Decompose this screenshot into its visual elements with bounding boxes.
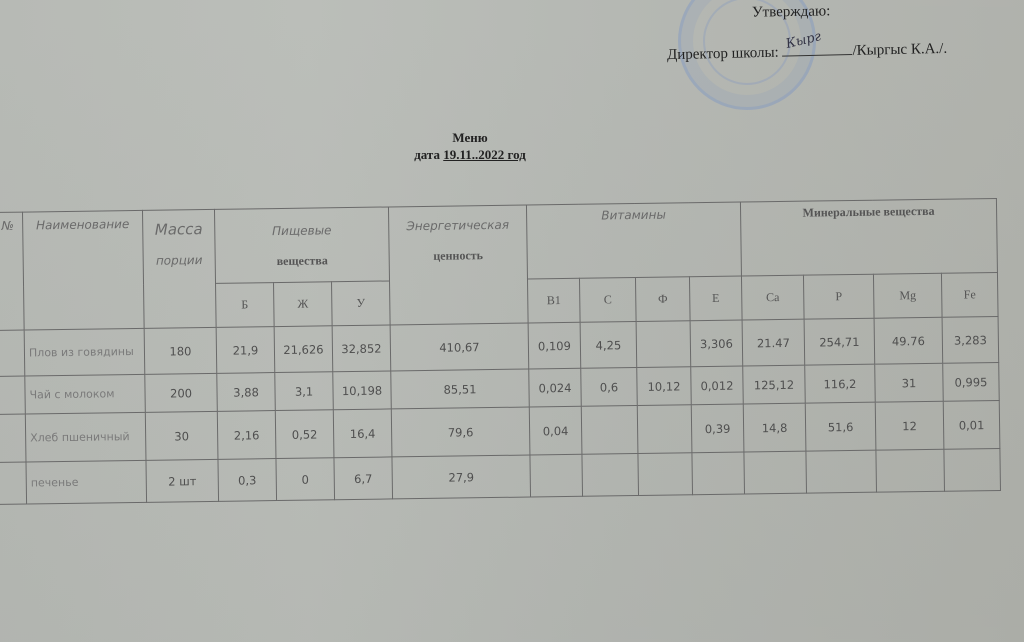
cell-f (638, 453, 693, 496)
signature-line: Кырг (782, 40, 852, 57)
col-mass-header: Масса порции (142, 209, 216, 328)
cell-u: 10,198 (333, 371, 392, 410)
sub-c: C (579, 278, 636, 323)
col-energy-header: Энергетическая ценность (388, 205, 528, 325)
cell-zh: 3,1 (275, 372, 334, 411)
cell-name: Чай с молоком (25, 374, 146, 414)
table-body: Плов из говядины18021,921,62632,852410,6… (0, 316, 1000, 504)
document-date: дата 19.11..2022 год (0, 147, 940, 163)
cell-energy: 27,9 (392, 455, 531, 499)
col-name-header: Наименование (23, 210, 145, 330)
sub-mg: Mg (873, 273, 942, 318)
date-label: дата (414, 147, 440, 162)
cell-fe: 3,283 (942, 316, 999, 363)
cell-p (806, 450, 877, 493)
cell-b1: 0,04 (529, 406, 582, 455)
cell-mass: 2 шт (146, 459, 219, 502)
header-row-1: № Наименование Масса порции Пищевые веще… (0, 198, 997, 286)
cell-fe: 0,01 (943, 400, 1000, 449)
cell-b1: 0,024 (529, 368, 582, 407)
nutrients-line1: Пищевые (272, 223, 332, 238)
mass-line2: порции (156, 253, 203, 268)
col-minerals-header: Минеральные вещества (740, 198, 997, 276)
cell-mg: 31 (875, 363, 944, 402)
cell-c (581, 406, 638, 455)
cell-c (582, 454, 639, 497)
sub-p: P (803, 274, 874, 319)
cell-u: 32,852 (332, 325, 391, 372)
sub-ca: Ca (741, 275, 804, 320)
cell-b: 0,3 (218, 459, 277, 502)
sub-zh: Ж (274, 282, 333, 327)
cell-e: 3,306 (690, 320, 743, 367)
cell-p: 116,2 (805, 364, 876, 403)
cell-num (0, 462, 27, 504)
cell-zh: 0 (276, 458, 335, 501)
approve-label: Утверждаю: (752, 3, 831, 21)
sub-b: Б (216, 283, 275, 328)
document-page: Утверждаю: Директор школы: Кырг/Кыргыс К… (0, 0, 1024, 642)
sub-b1: B1 (527, 278, 580, 323)
cell-mg: 49.76 (874, 317, 943, 364)
document-title: Меню (0, 130, 940, 146)
cell-num (0, 330, 25, 376)
cell-ca: 21.47 (742, 319, 805, 366)
cell-fe (944, 448, 1001, 491)
col-vitamins-header: Витамины (526, 202, 741, 279)
cell-b: 2,16 (217, 411, 276, 460)
cell-num (0, 376, 25, 414)
cell-e: 0,012 (691, 366, 744, 405)
cell-e: 0,39 (691, 404, 744, 453)
cell-mass: 30 (145, 411, 218, 460)
cell-ca: 125,12 (743, 365, 806, 404)
cell-f (636, 321, 691, 368)
cell-ca (744, 451, 807, 494)
cell-zh: 0,52 (275, 410, 334, 459)
cell-name: печенье (26, 460, 147, 504)
director-name: /Кыргыс К.А./. (852, 41, 947, 59)
sub-f: Ф (635, 277, 690, 322)
sub-u: У (332, 281, 391, 326)
cell-c: 4,25 (580, 322, 637, 369)
cell-energy: 79,6 (391, 407, 530, 457)
cell-ca: 14,8 (743, 403, 806, 452)
mass-line1: Масса (155, 220, 203, 239)
cell-num (0, 414, 26, 462)
energy-line1: Энергетическая (406, 218, 509, 233)
cell-p: 51,6 (805, 402, 876, 451)
cell-mg (876, 449, 945, 492)
cell-p: 254,71 (804, 318, 875, 365)
cell-e (692, 452, 745, 495)
cell-mass: 180 (144, 327, 217, 374)
cell-f: 10,12 (637, 367, 692, 406)
menu-table: № Наименование Масса порции Пищевые веще… (0, 198, 1001, 505)
cell-b: 3,88 (217, 373, 276, 412)
cell-u: 16,4 (333, 409, 392, 458)
energy-line2: ценность (433, 248, 483, 263)
director-label: Директор школы: (667, 45, 779, 64)
cell-energy: 85,51 (391, 369, 530, 409)
cell-f (637, 405, 692, 454)
menu-table-wrapper: № Наименование Масса порции Пищевые веще… (0, 198, 1001, 505)
sub-e: E (689, 276, 742, 321)
cell-name: Плов из говядины (24, 328, 145, 376)
nutrients-line2: вещества (277, 253, 328, 268)
cell-u: 6,7 (334, 457, 393, 500)
cell-zh: 21,626 (274, 326, 333, 373)
col-num-header: № (0, 212, 24, 330)
cell-mg: 12 (875, 401, 944, 450)
cell-b1: 0,109 (528, 322, 581, 369)
cell-b1 (530, 454, 583, 497)
date-value: 19.11..2022 год (443, 147, 526, 162)
cell-name: Хлеб пшеничный (25, 412, 146, 462)
sub-fe: Fe (941, 272, 998, 317)
cell-fe: 0,995 (943, 362, 1000, 401)
cell-b: 21,9 (216, 327, 275, 374)
cell-c: 0,6 (581, 368, 638, 407)
col-nutrients-header: Пищевые вещества (214, 207, 389, 283)
cell-mass: 200 (145, 373, 218, 412)
cell-energy: 410,67 (390, 323, 529, 371)
